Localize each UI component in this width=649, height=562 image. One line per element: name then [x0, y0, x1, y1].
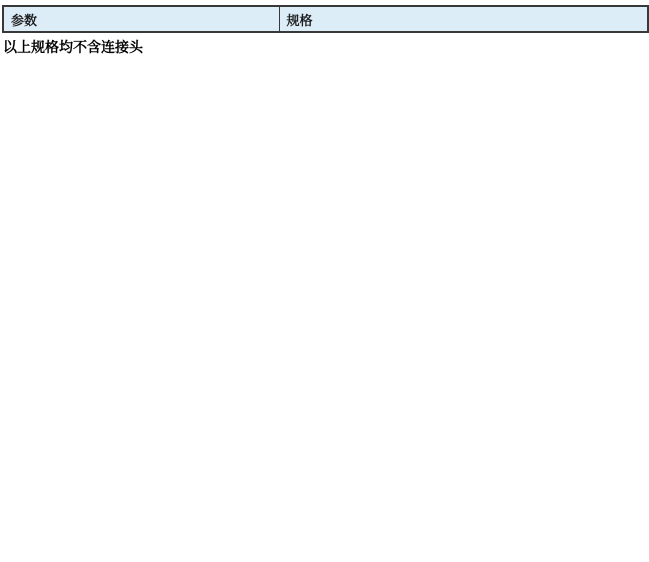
footnote: 以上规格均不含连接头	[2, 37, 647, 57]
spec-sheet: 参数 规格 以上规格均不含连接头	[0, 0, 649, 57]
column-header-spec: 规格	[279, 6, 648, 32]
column-header-param: 参数	[3, 6, 279, 32]
table-header-row: 参数 规格	[3, 6, 648, 32]
spec-table: 参数 规格	[2, 5, 649, 33]
